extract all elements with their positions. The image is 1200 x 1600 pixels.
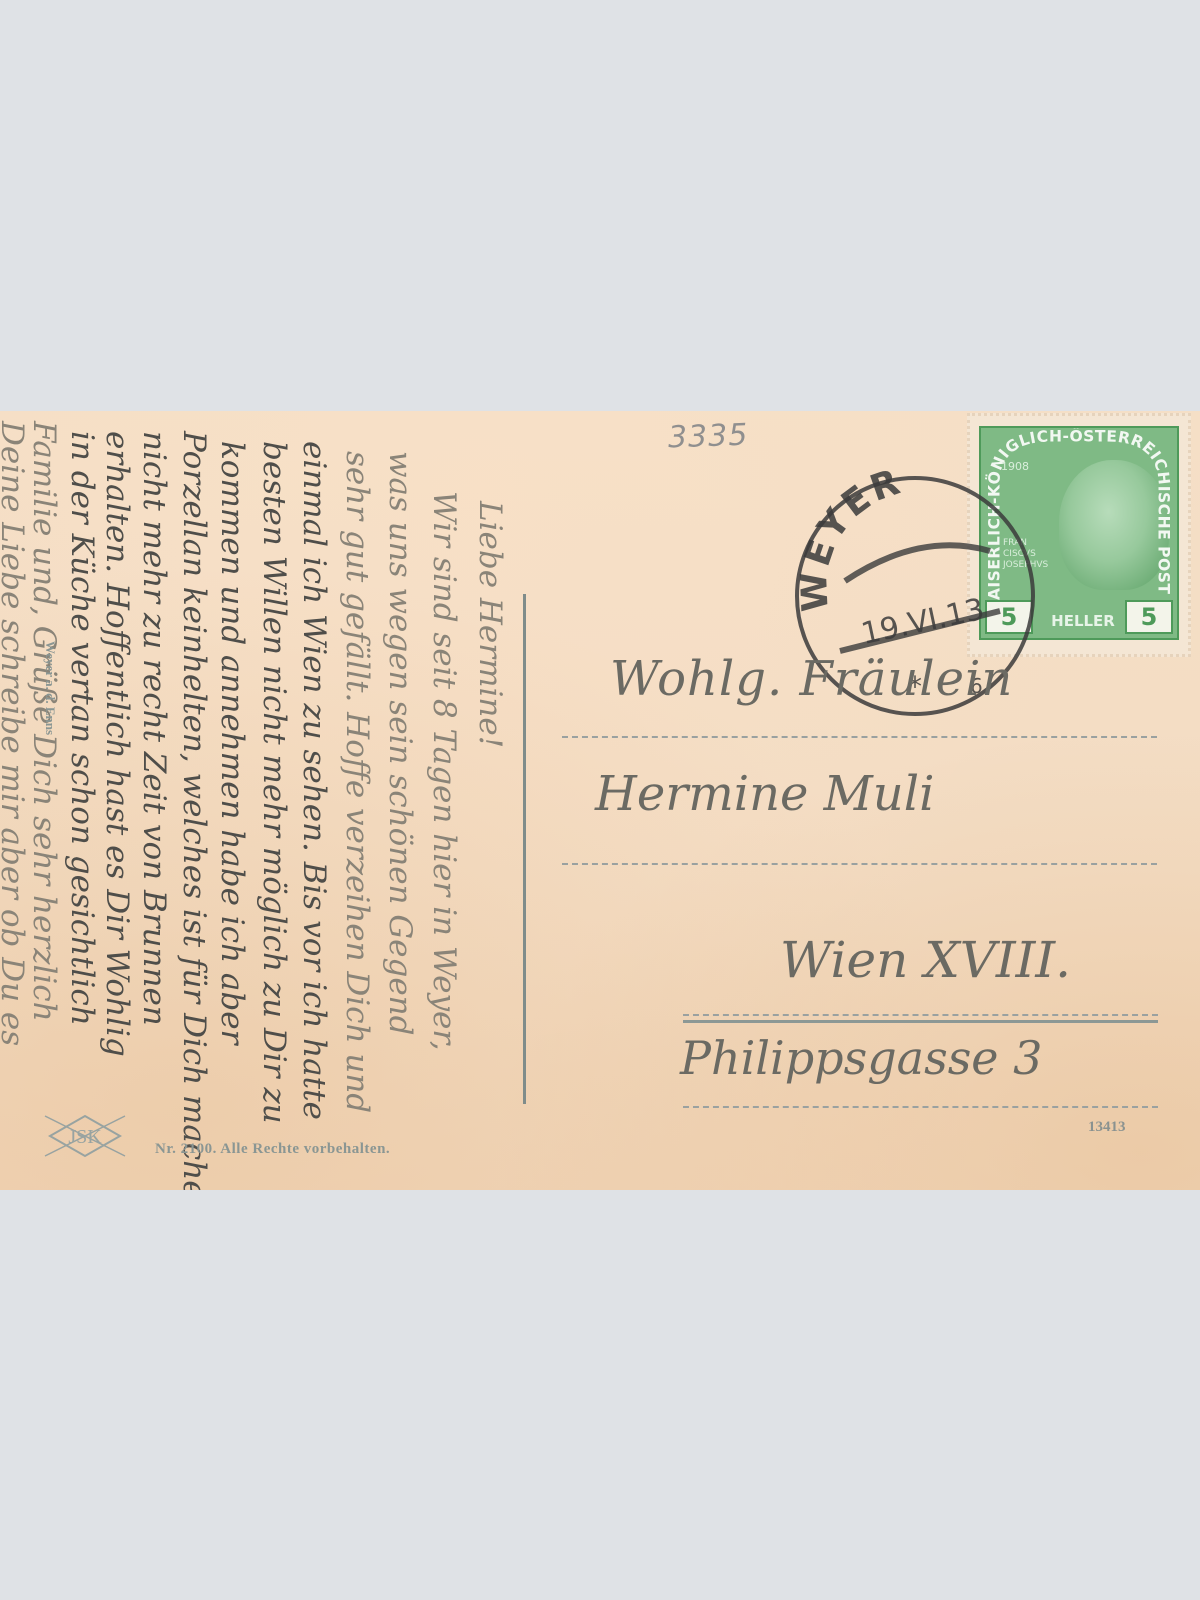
address-street: Philippsgasse 3 bbox=[680, 1031, 1042, 1085]
message-line: nicht mehr zu recht Zeit von Brunnen bbox=[136, 431, 172, 1026]
message-line: besten Willen nicht mehr möglich zu Dir … bbox=[256, 441, 292, 1124]
address-city: Wien XVIII. bbox=[780, 931, 1071, 989]
message-line: Wir sind seit 8 Tagen hier in Weyer, bbox=[426, 491, 462, 1051]
svg-text:19.VI.13: 19.VI.13 bbox=[858, 592, 987, 652]
publisher-logo-icon: JSK bbox=[40, 1111, 130, 1161]
svg-text:WEYER: WEYER bbox=[794, 461, 908, 613]
address-salutation: Wohlg. Fräulein bbox=[610, 651, 1013, 707]
svg-text:JSK: JSK bbox=[68, 1126, 102, 1148]
address-rule-bold bbox=[683, 1020, 1158, 1023]
address-rule bbox=[683, 1014, 1158, 1016]
address-rule bbox=[562, 736, 1157, 738]
message-line: Porzellan keinhelten, welches ist für Di… bbox=[176, 431, 212, 1190]
publisher-imprint: Nr. 2100. Alle Rechte vorbehalten. bbox=[155, 1141, 390, 1158]
message-salutation: Liebe Hermine! bbox=[472, 501, 508, 748]
divider-line bbox=[523, 594, 526, 1104]
stamp-denomination: HELLER bbox=[1043, 612, 1123, 630]
reference-number: 13413 bbox=[1088, 1119, 1126, 1136]
message-line: sehr gut gefällt. Hoffe verzeihen Dich u… bbox=[339, 451, 375, 1113]
publisher-place: Weyer a. d. Enns bbox=[42, 641, 58, 735]
message-line: einmal ich Wien zu sehen. Bis vor ich ha… bbox=[296, 441, 332, 1120]
address-name: Hermine Muli bbox=[595, 766, 934, 822]
catalog-number: 3335 bbox=[667, 418, 749, 456]
postcard-back: 3335 Liebe Hermine! Wir sind seit 8 Tage… bbox=[0, 411, 1200, 1190]
address-rule bbox=[562, 863, 1157, 865]
message-line: kommen und annehmen habe ich aber bbox=[214, 441, 250, 1044]
message-line: in der Küche vertan schon gesichtlich bbox=[64, 431, 100, 1026]
message-line: Deine Liebe schreibe mir aber ob Du es bbox=[0, 421, 30, 1046]
address-rule bbox=[683, 1106, 1158, 1108]
stamp-value-right: 5 bbox=[1125, 600, 1173, 634]
message-line: was uns wegen sein schönen Gegend bbox=[382, 451, 418, 1036]
message-line: erhalten. Hoffentlich hast es Dir Wohlig bbox=[99, 431, 135, 1057]
